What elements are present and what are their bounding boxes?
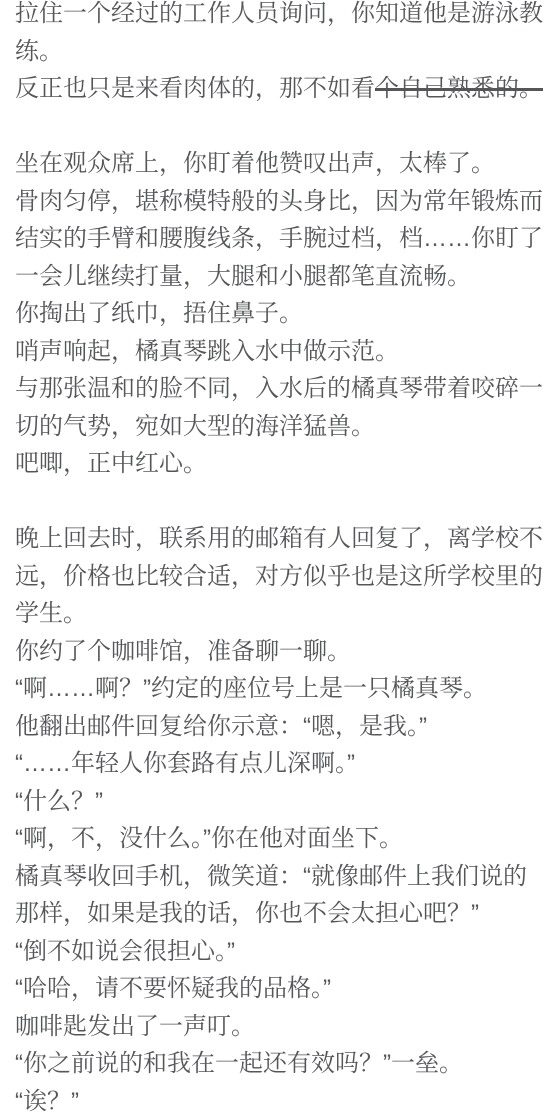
paragraph: “哈哈，请不要怀疑我的品格。” <box>15 970 545 1008</box>
strikethrough-text: 个自己熟悉的。 <box>375 75 543 102</box>
paragraph-text: 反正也只是来看肉体的，那不如看 <box>15 75 375 102</box>
blank-line <box>15 483 545 521</box>
paragraph: 哨声响起，橘真琴跳入水中做示范。 <box>15 333 545 371</box>
paragraph: 骨肉匀停，堪称模特般的头身比，因为常年锻炼而结实的手臂和腰腹线条，手腕过档，档…… <box>15 183 545 296</box>
paragraph: 你掏出了纸巾，捂住鼻子。 <box>15 295 545 333</box>
paragraph: 反正也只是来看肉体的，那不如看个自己熟悉的。 <box>15 70 545 108</box>
paragraph: “……年轻人你套路有点儿深啊。” <box>15 745 545 783</box>
paragraph: 坐在观众席上，你盯着他赞叹出声，太棒了。 <box>15 145 545 183</box>
paragraph: 咖啡匙发出了一声叮。 <box>15 1008 545 1046</box>
paragraph: “诶？” <box>15 1083 545 1120</box>
paragraph: 吧唧，正中红心。 <box>15 445 545 483</box>
reader-page[interactable]: 拉住一个经过的工作人员询问，你知道他是游泳教练。 反正也只是来看肉体的，那不如看… <box>0 0 560 1115</box>
paragraph: 你约了个咖啡馆，准备聊一聊。 <box>15 633 545 671</box>
blank-line <box>15 108 545 146</box>
paragraph: “倒不如说会很担心。” <box>15 933 545 971</box>
paragraph: “啊，不，没什么。”你在他对面坐下。 <box>15 820 545 858</box>
paragraph: “你之前说的和我在一起还有效吗？”一垒。 <box>15 1045 545 1083</box>
paragraph: “啊……啊？”约定的座位号上是一只橘真琴。 <box>15 670 545 708</box>
paragraph: 拉住一个经过的工作人员询问，你知道他是游泳教练。 <box>15 0 545 70</box>
paragraph: “什么？” <box>15 783 545 821</box>
paragraph: 与那张温和的脸不同，入水后的橘真琴带着咬碎一切的气势，宛如大型的海洋猛兽。 <box>15 370 545 445</box>
story-text: 拉住一个经过的工作人员询问，你知道他是游泳教练。 反正也只是来看肉体的，那不如看… <box>15 0 545 1120</box>
paragraph: 他翻出邮件回复给你示意：“嗯，是我。” <box>15 708 545 746</box>
paragraph: 晚上回去时，联系用的邮箱有人回复了，离学校不远，价格也比较合适，对方似乎也是这所… <box>15 520 545 633</box>
paragraph: 橘真琴收回手机，微笑道：“就像邮件上我们说的那样，如果是我的话，你也不会太担心吧… <box>15 858 545 933</box>
